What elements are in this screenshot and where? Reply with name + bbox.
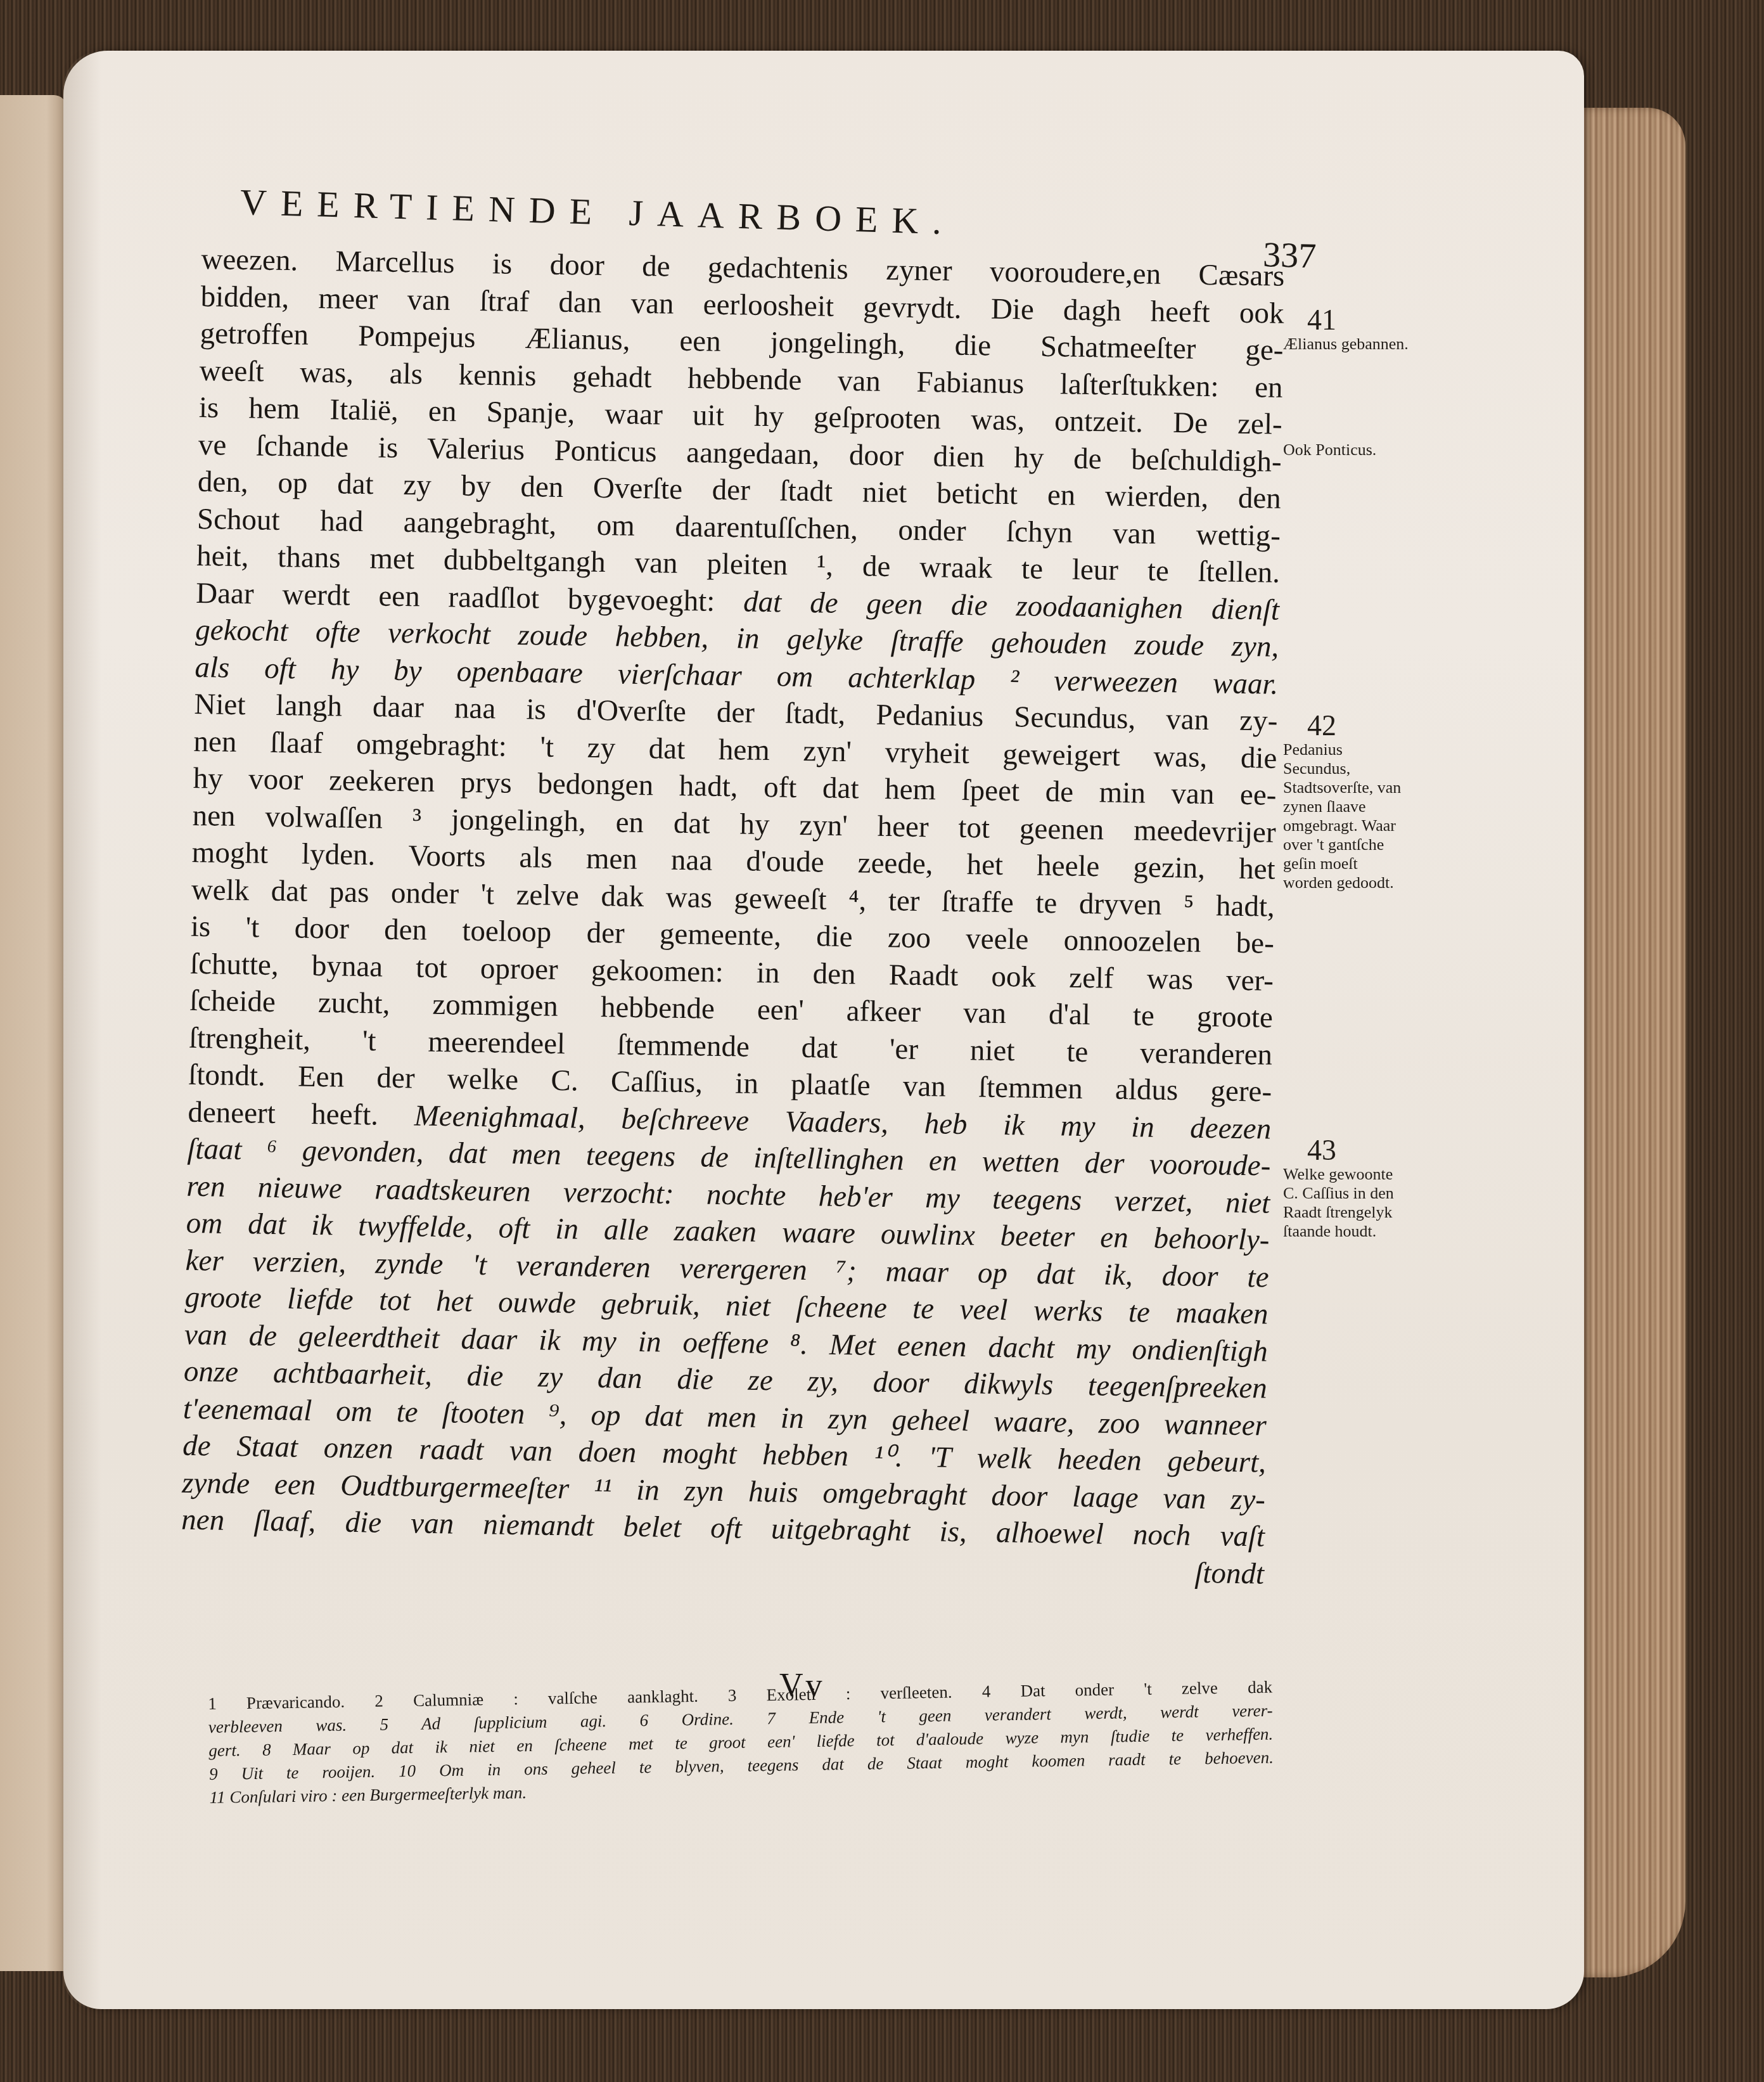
margin-note-number: 41 (1283, 311, 1410, 330)
running-title: VEERTIENDE JAARBOEK. (240, 181, 956, 243)
footnotes: 1 Prævaricando. 2 Calumniæ : valſche aan… (208, 1676, 1274, 1809)
margin-note-42: 42 Pedanius Secundus, Stadtsoverſte, van… (1283, 716, 1410, 892)
margin-note-41: 41 Ælianus gebannen. (1283, 311, 1410, 354)
margin-note-text: Ook Ponticus. (1283, 440, 1376, 459)
margin-note-text: Ælianus gebannen. (1283, 335, 1409, 353)
margin-note-number: 43 (1283, 1141, 1410, 1160)
margin-note-text: Welke gewoonte C. Caſſius in den Raadt ſ… (1283, 1165, 1394, 1240)
running-head: VEERTIENDE JAARBOEK. 337 (240, 181, 1279, 252)
margin-note-number: 42 (1283, 716, 1410, 735)
margin-note-ponticus: Ook Ponticus. (1283, 440, 1410, 459)
book-page: VEERTIENDE JAARBOEK. 337 weezen. Marcell… (63, 51, 1584, 2009)
body-text: weezen. Marcellus is door de gedachtenis… (181, 241, 1285, 1593)
margin-note-43: 43 Welke gewoonte C. Caſſius in den Raad… (1283, 1141, 1410, 1241)
margin-note-text: Pedanius Secundus, Stadtsoverſte, van zy… (1283, 740, 1401, 892)
italic-run: dat de geen die zoodaanighen dienſt (743, 585, 1280, 626)
facing-left-page (0, 95, 67, 1971)
